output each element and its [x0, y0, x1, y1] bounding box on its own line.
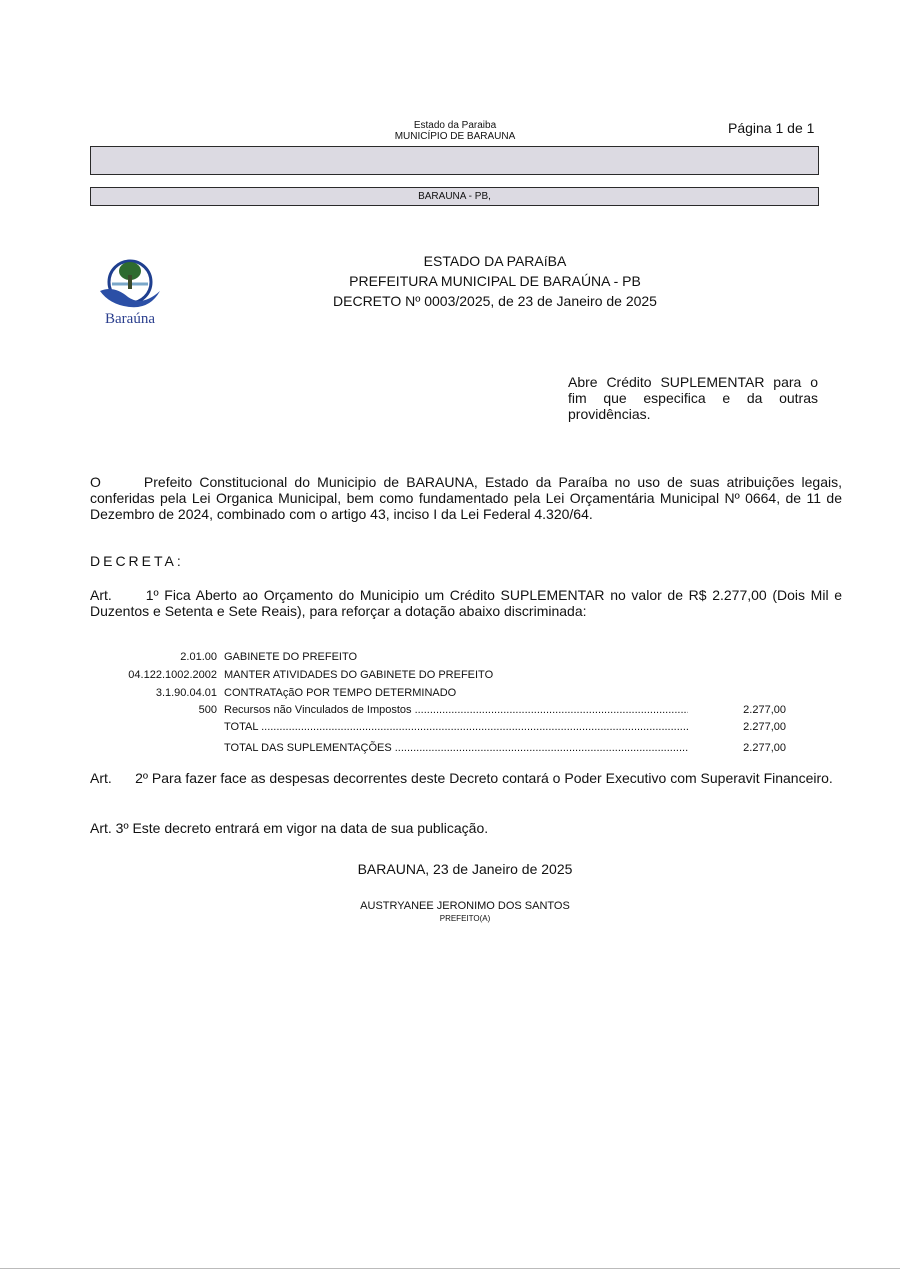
- article-1: Art. 1º Fica Aberto ao Orçamento do Muni…: [90, 587, 842, 619]
- table-row: 04.122.1002.2002 MANTER ATIVIDADES DO GA…: [90, 666, 790, 684]
- page-edge-line: [0, 1268, 900, 1269]
- article-2: Art. 2º Para fazer face as despesas deco…: [90, 770, 842, 786]
- grand-total-row: TOTAL DAS SUPLEMENTAÇÕES ...............…: [90, 738, 790, 756]
- signer-role: PREFEITO(A): [300, 914, 630, 923]
- row-code: 3.1.90.04.01: [90, 684, 217, 702]
- total-value: 2.277,00: [690, 719, 786, 736]
- row-value: 2.277,00: [690, 702, 786, 719]
- title-state: ESTADO DA PARAíBA: [300, 251, 690, 271]
- title-decree: DECRETO Nº 0003/2025, de 23 de Janeiro d…: [300, 291, 690, 311]
- row-code: 04.122.1002.2002: [90, 666, 217, 684]
- page-indicator: Página 1 de 1: [728, 120, 814, 136]
- row-description: GABINETE DO PREFEITO: [224, 648, 357, 666]
- decreta-heading: DECRETA:: [90, 553, 184, 569]
- title-prefeitura: PREFEITURA MUNICIPAL DE BARAÚNA - PB: [300, 271, 690, 291]
- table-row: 2.01.00 GABINETE DO PREFEITO: [90, 648, 790, 666]
- row-description: MANTER ATIVIDADES DO GABINETE DO PREFEIT…: [224, 666, 493, 684]
- header-municipality: MUNICÍPIO DE BARAUNA: [300, 131, 610, 142]
- row-description: CONTRATAçãO POR TEMPO DETERMINADO: [224, 684, 456, 702]
- logo-text: Baraúna: [94, 311, 166, 328]
- allocation-table: 2.01.00 GABINETE DO PREFEITO 04.122.1002…: [90, 648, 790, 756]
- header-blank-bar: [90, 146, 819, 175]
- total-label: TOTAL ..................................…: [224, 719, 688, 736]
- table-row: 500 Recursos não Vinculados de Impostos …: [90, 702, 790, 719]
- grand-total-value: 2.277,00: [690, 738, 786, 758]
- grand-total-label: TOTAL DAS SUPLEMENTAÇÕES ...............…: [224, 738, 688, 758]
- total-row: TOTAL ..................................…: [90, 719, 790, 738]
- tree-emblem-icon: [94, 257, 166, 313]
- article-3: Art. 3º Este decreto entrará em vigor na…: [90, 820, 842, 836]
- intro-paragraph: O Prefeito Constitucional do Municipio d…: [90, 474, 842, 522]
- location-bar: BARAUNA - PB,: [90, 187, 819, 206]
- row-code: 2.01.00: [90, 648, 217, 666]
- document-title: ESTADO DA PARAíBA PREFEITURA MUNICIPAL D…: [300, 251, 690, 311]
- signer-name: AUSTRYANEE JERONIMO DOS SANTOS: [300, 900, 630, 912]
- row-code: 500: [90, 702, 217, 719]
- table-row: 3.1.90.04.01 CONTRATAçãO POR TEMPO DETER…: [90, 684, 790, 702]
- row-description: Recursos não Vinculados de Impostos ....…: [224, 702, 688, 719]
- ementa: Abre Crédito SUPLEMENTAR para o fim que …: [568, 374, 818, 422]
- header-state: Estado da Paraiba: [300, 121, 610, 131]
- place-date: BARAUNA, 23 de Janeiro de 2025: [300, 861, 630, 877]
- municipal-logo: Baraúna: [94, 257, 166, 329]
